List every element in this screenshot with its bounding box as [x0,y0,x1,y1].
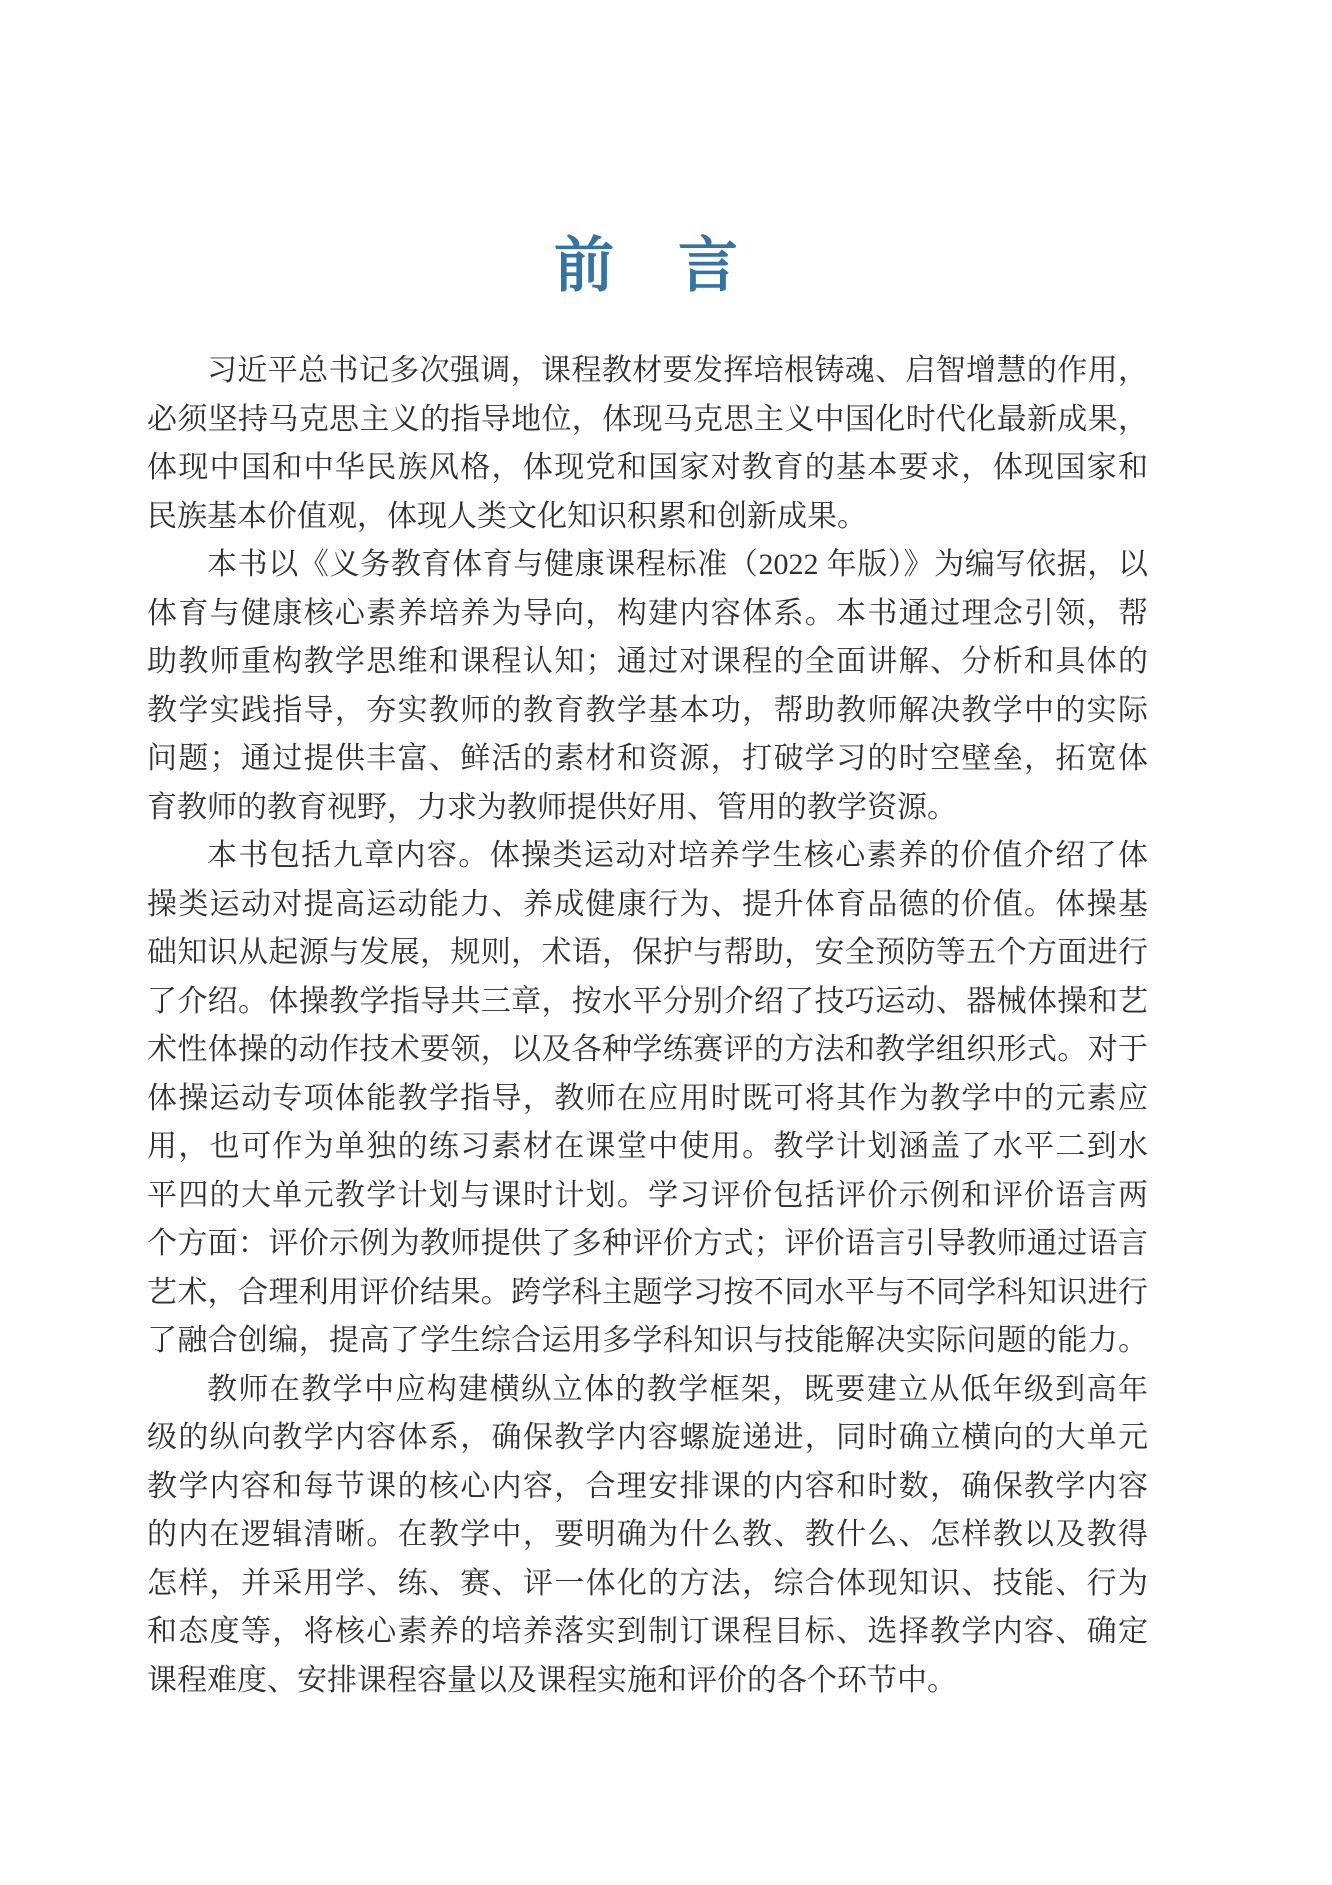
paragraph: 本书以《义务教育体育与健康课程标准（2022 年版）》为编写依据，以体育与健康核… [147,541,1148,832]
text-line: 教师在教学中应构建横纵立体的教学框架，既要建立从低年级到高年 [147,1366,1148,1415]
paragraph: 本书包括九章内容。体操类运动对培养学生核心素养的价值介绍了体操类运动对提高运动能… [147,832,1148,1366]
text-line: 育教师的教育视野，力求为教师提供好用、管用的教学资源。 [147,784,1148,833]
text-line: 体现中国和中华民族风格，体现党和国家对教育的基本要求，体现国家和 [147,444,1148,493]
text-line: 怎样，并采用学、练、赛、评一体化的方法，综合体现知识、技能、行为 [147,1560,1148,1609]
text-line: 必须坚持马克思主义的指导地位，体现马克思主义中国化时代化最新成果， [147,396,1148,445]
text-line: 助教师重构教学思维和课程认知；通过对课程的全面讲解、分析和具体的 [147,638,1148,687]
text-line: 课程难度、安排课程容量以及课程实施和评价的各个环节中。 [147,1657,1148,1706]
text-line: 教学实践指导，夯实教师的教育教学基本功，帮助教师解决教学中的实际 [147,687,1148,736]
text-line: 和态度等，将核心素养的培养落实到制订课程目标、选择教学内容、确定 [147,1608,1148,1657]
document-page: 前 言 习近平总书记多次强调，课程教材要发挥培根铸魂、启智增慧的作用，必须坚持马… [0,0,1332,1885]
text-line: 术性体操的动作技术要领，以及各种学练赛评的方法和教学组织形式。对于 [147,1026,1148,1075]
text-line: 的内在逻辑清晰。在教学中，要明确为什么教、教什么、怎样教以及教得 [147,1511,1148,1560]
text-line: 级的纵向教学内容体系，确保教学内容螺旋递进，同时确立横向的大单元 [147,1414,1148,1463]
text-line: 艺术，合理利用评价结果。跨学科主题学习按不同水平与不同学科知识进行 [147,1269,1148,1318]
text-line: 教学内容和每节课的核心内容，合理安排课的内容和时数，确保教学内容 [147,1463,1148,1512]
paragraph: 习近平总书记多次强调，课程教材要发挥培根铸魂、启智增慧的作用，必须坚持马克思主义… [147,347,1148,541]
text-line: 个方面：评价示例为教师提供了多种评价方式；评价语言引导教师通过语言 [147,1220,1148,1269]
paragraph: 教师在教学中应构建横纵立体的教学框架，既要建立从低年级到高年级的纵向教学内容体系… [147,1366,1148,1706]
text-line: 平四的大单元教学计划与课时计划。学习评价包括评价示例和评价语言两 [147,1172,1148,1221]
text-line: 体育与健康核心素养培养为导向，构建内容体系。本书通过理念引领，帮 [147,590,1148,639]
document-body: 习近平总书记多次强调，课程教材要发挥培根铸魂、启智增慧的作用，必须坚持马克思主义… [147,347,1148,1705]
text-line: 体操运动专项体能教学指导，教师在应用时既可将其作为教学中的元素应 [147,1075,1148,1124]
text-line: 础知识从起源与发展，规则，术语，保护与帮助，安全预防等五个方面进行 [147,929,1148,978]
text-line: 了融合创编，提高了学生综合运用多学科知识与技能解决实际问题的能力。 [147,1317,1148,1366]
text-line: 操类运动对提高运动能力、养成健康行为、提升体育品德的价值。体操基 [147,881,1148,930]
text-line: 本书以《义务教育体育与健康课程标准（2022 年版）》为编写依据，以 [147,541,1148,590]
text-line: 本书包括九章内容。体操类运动对培养学生核心素养的价值介绍了体 [147,832,1148,881]
text-line: 民族基本价值观，体现人类文化知识积累和创新成果。 [147,493,1148,542]
text-line: 了介绍。体操教学指导共三章，按水平分别介绍了技巧运动、器械体操和艺 [147,978,1148,1027]
text-line: 问题；通过提供丰富、鲜活的素材和资源，打破学习的时空壁垒，拓宽体 [147,735,1148,784]
page-title: 前 言 [0,218,1294,304]
text-line: 习近平总书记多次强调，课程教材要发挥培根铸魂、启智增慧的作用， [147,347,1148,396]
text-line: 用，也可作为单独的练习素材在课堂中使用。教学计划涵盖了水平二到水 [147,1123,1148,1172]
